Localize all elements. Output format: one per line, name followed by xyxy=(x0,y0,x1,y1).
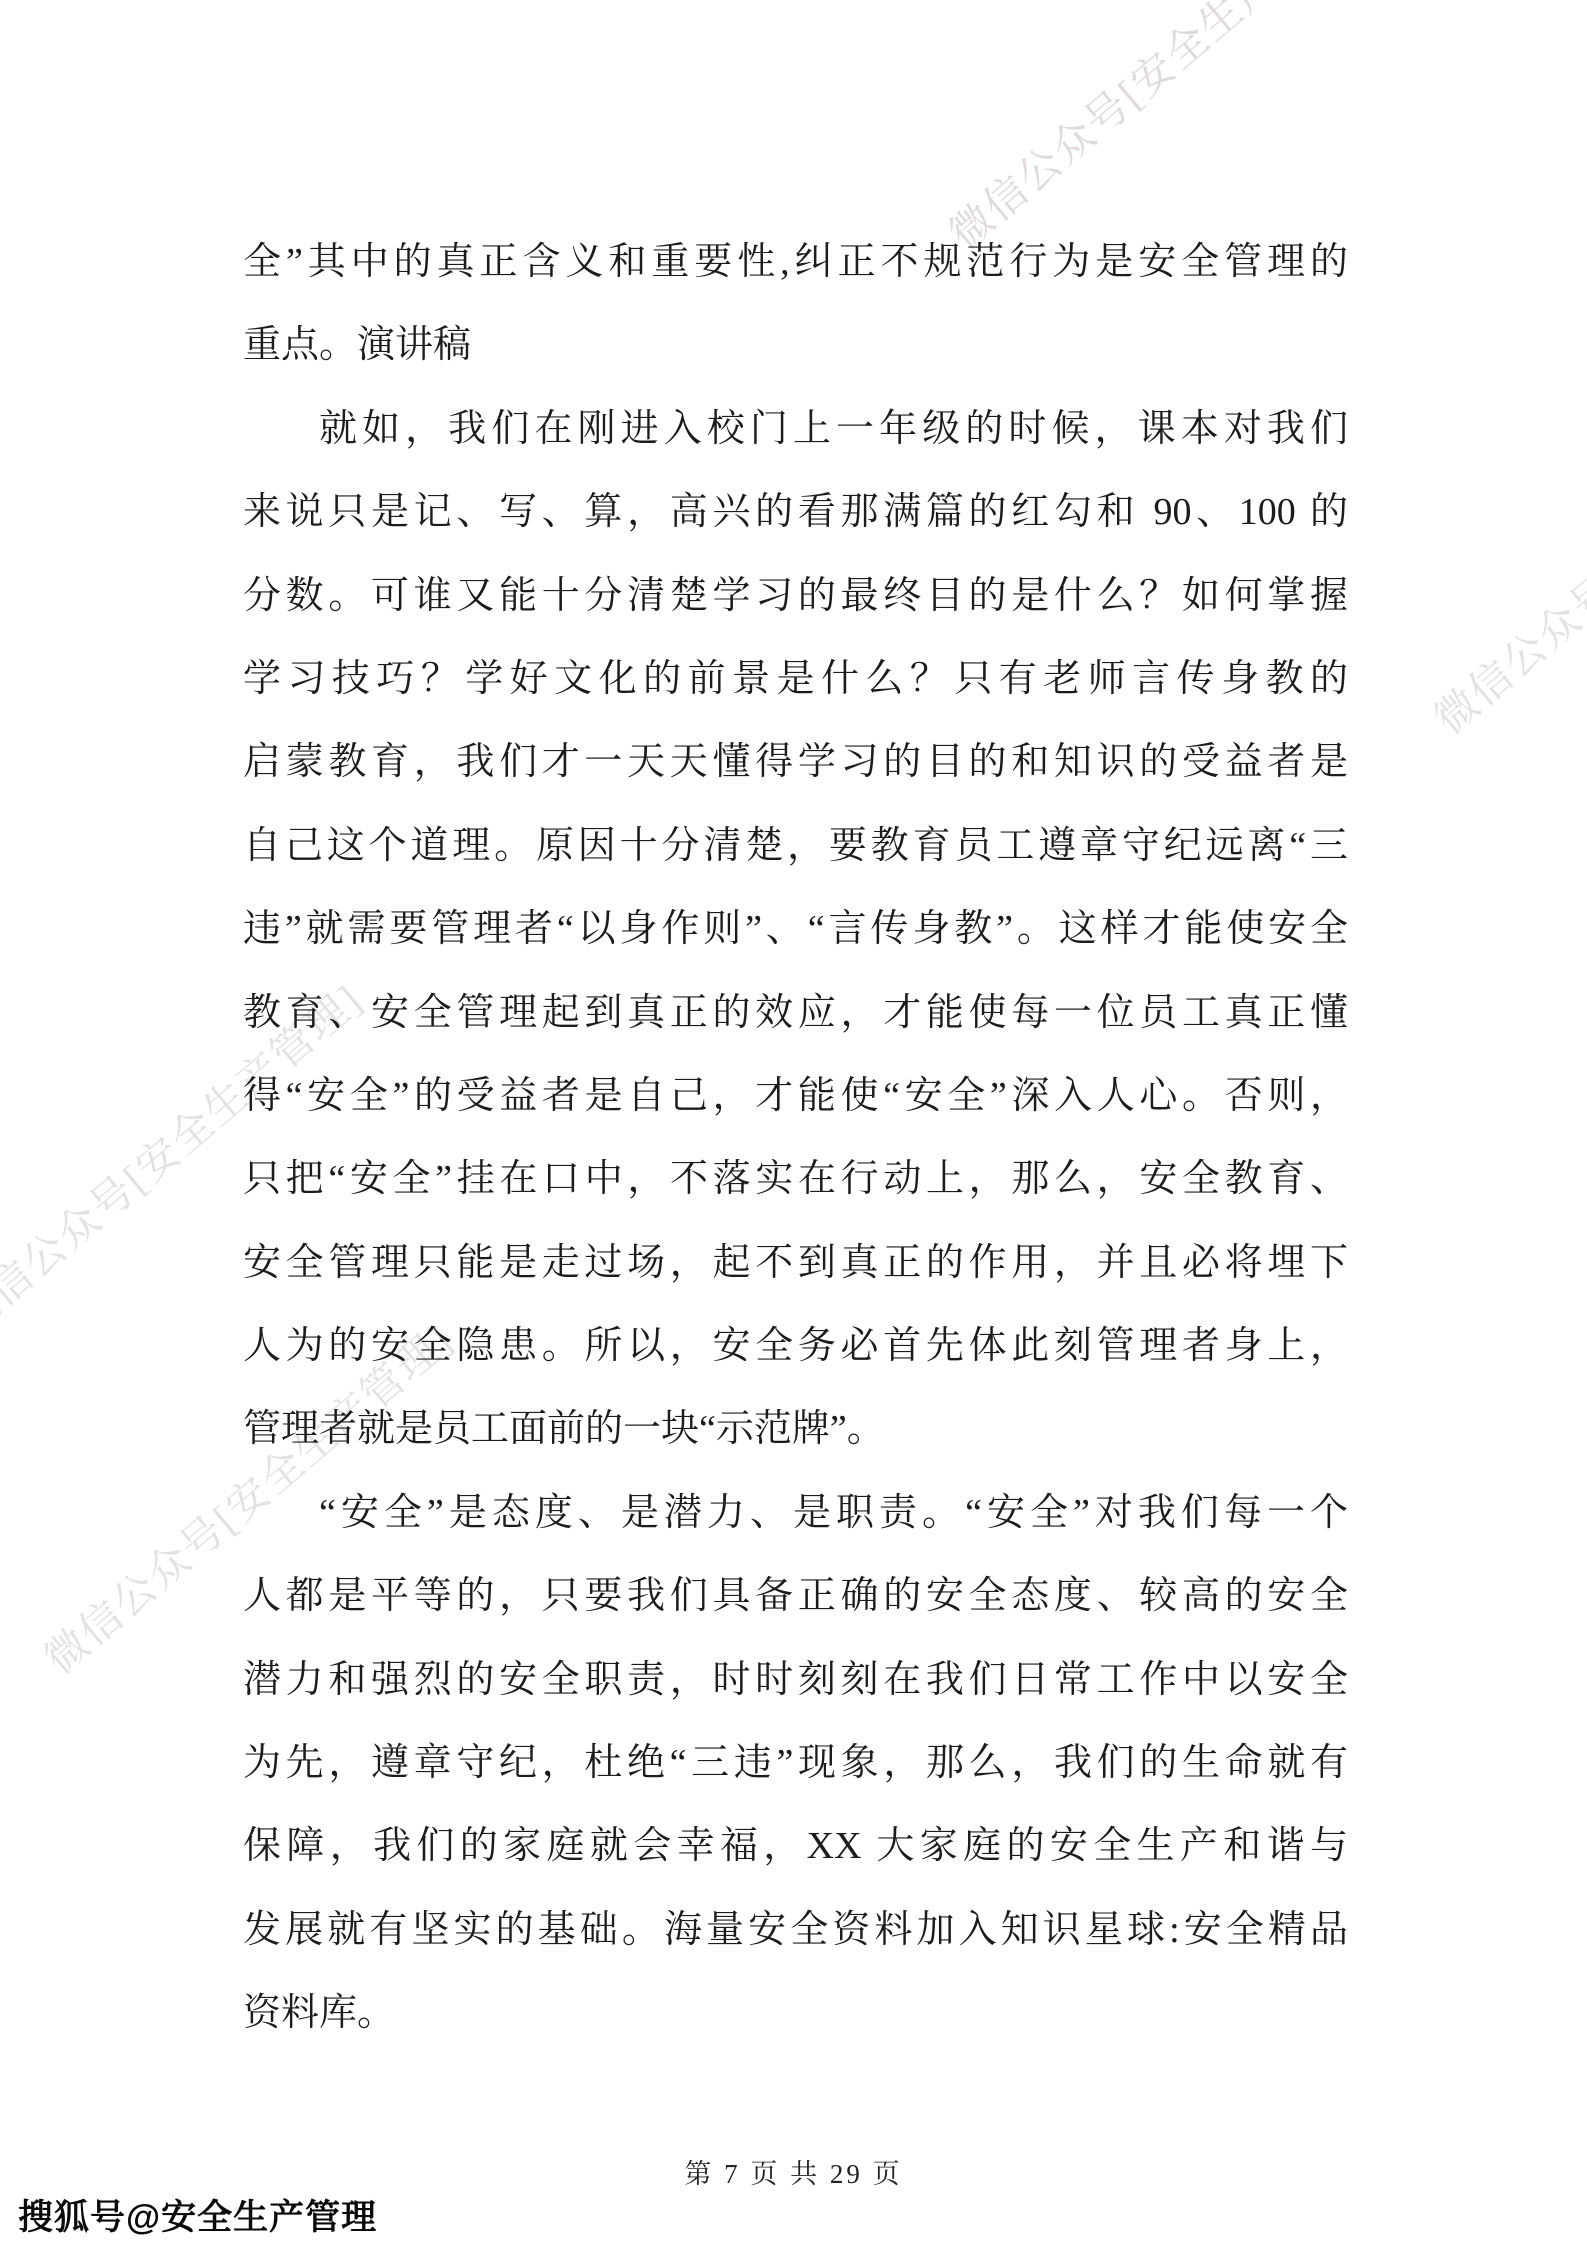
document-body: 全”其中的真正含义和重要性,纠正不规范行为是安全管理的 重点。演讲稿 就如，我们… xyxy=(243,221,1348,2056)
text-line: 资料库。 xyxy=(243,1972,1348,2055)
document-page: 微信公众号[安全生产管理] 微信公众号[安全生产管理] 微信公众号[安全生产管理… xyxy=(0,0,1587,2245)
page-number: 第 7 页 共 29 页 xyxy=(0,2152,1587,2191)
text-line: 安全管理只能是走过场，起不到真正的作用，并且必将埋下 xyxy=(243,1222,1348,1305)
text-line: 学习技巧？学好文化的前景是什么？只有老师言传身教的 xyxy=(243,638,1348,721)
sohu-branding: 搜狐号@安全生产管理 xyxy=(18,2190,377,2240)
text-line: 潜力和强烈的安全职责，时时刻刻在我们日常工作中以安全 xyxy=(243,1639,1348,1722)
text-line: 人为的安全隐患。所以，安全务必首先体此刻管理者身上， xyxy=(243,1305,1348,1388)
text-line: 重点。演讲稿 xyxy=(243,304,1348,387)
text-line: “安全”是态度、是潜力、是职责。“安全”对我们每一个 xyxy=(243,1472,1348,1555)
text-line: 自己这个道理。原因十分清楚，要教育员工遵章守纪远离“三 xyxy=(243,805,1348,888)
text-line: 得“安全”的受益者是自己，才能使“安全”深入人心。否则， xyxy=(243,1055,1348,1138)
text-line: 管理者就是员工面前的一块“示范牌”。 xyxy=(243,1388,1348,1471)
text-line: 保障，我们的家庭就会幸福，XX 大家庭的安全生产和谐与 xyxy=(243,1805,1348,1888)
text-line: 来说只是记、写、算，高兴的看那满篇的红勾和 90、100 的 xyxy=(243,471,1348,554)
text-line: 为先，遵章守纪，杜绝“三违”现象，那么，我们的生命就有 xyxy=(243,1722,1348,1805)
text-line: 教育、安全管理起到真正的效应，才能使每一位员工真正懂 xyxy=(243,972,1348,1055)
text-line: 全”其中的真正含义和重要性,纠正不规范行为是安全管理的 xyxy=(243,221,1348,304)
text-line: 人都是平等的，只要我们具备正确的安全态度、较高的安全 xyxy=(243,1555,1348,1638)
watermark-text: 微信公众号[安全生产管理] xyxy=(1420,368,1587,746)
text-line: 分数。可谁又能十分清楚学习的最终目的是什么？如何掌握 xyxy=(243,555,1348,638)
text-line: 发展就有坚实的基础。海量安全资料加入知识星球:安全精品 xyxy=(243,1889,1348,1972)
text-line: 就如，我们在刚进入校门上一年级的时候，课本对我们 xyxy=(243,388,1348,471)
text-line: 只把“安全”挂在口中，不落实在行动上，那么，安全教育、 xyxy=(243,1138,1348,1221)
text-line: 违”就需要管理者“以身作则”、“言传身教”。这样才能使安全 xyxy=(243,888,1348,971)
text-line: 启蒙教育，我们才一天天懂得学习的目的和知识的受益者是 xyxy=(243,721,1348,804)
